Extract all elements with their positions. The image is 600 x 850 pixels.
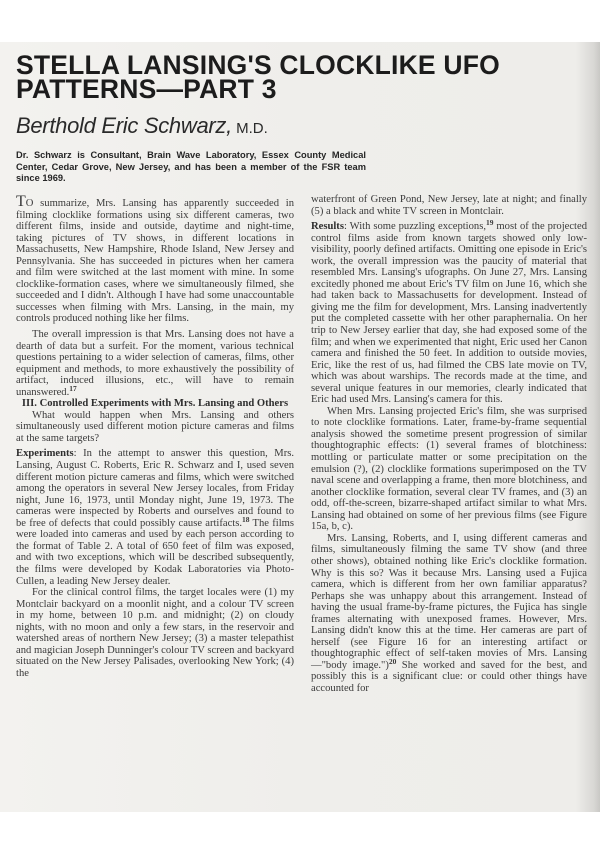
section-heading: III. Controlled Experiments with Mrs. La… — [16, 398, 294, 410]
run-in-heading: Experiments — [16, 448, 74, 459]
drop-cap: T — [16, 193, 26, 210]
article-title: STELLA LANSING'S CLOCKLIKE UFO PATTERNS—… — [16, 53, 500, 101]
author-affiliation: Dr. Schwarz is Consultant, Brain Wave La… — [16, 150, 366, 185]
footnote-ref: 17 — [69, 384, 77, 393]
paragraph-locales-cont: waterfront of Green Pond, New Jersey, la… — [311, 194, 587, 217]
paragraph-projection: When Mrs. Lansing projected Eric's film,… — [311, 406, 587, 533]
title-line-2: PATTERNS—PART 3 — [16, 77, 500, 101]
paragraph-results: Results: With some puzzling exceptions,1… — [311, 221, 587, 406]
paragraph-target-locales: For the clinical control films, the targ… — [16, 587, 294, 679]
paragraph-overall-impression: The overall impression is that Mrs. Lans… — [16, 329, 294, 398]
footnote-ref: 18 — [242, 515, 250, 524]
paragraph-intro: TO summarize, Mrs. Lansing has apparentl… — [16, 197, 294, 325]
left-column: TO summarize, Mrs. Lansing has apparentl… — [16, 197, 294, 679]
author-name: Berthold Eric Schwarz, — [16, 113, 232, 138]
paragraph-question: What would happen when Mrs. Lansing and … — [16, 410, 294, 445]
footnote-ref: 19 — [486, 218, 494, 227]
run-in-heading: Results — [311, 221, 344, 232]
author-byline: Berthold Eric Schwarz, M.D. — [16, 113, 268, 139]
paragraph-fujica: Mrs. Lansing, Roberts, and I, using diff… — [311, 533, 587, 695]
right-column: waterfront of Green Pond, New Jersey, la… — [311, 194, 587, 695]
paragraph-experiments: Experiments: In the attempt to answer th… — [16, 448, 294, 587]
author-degree: M.D. — [232, 120, 268, 137]
